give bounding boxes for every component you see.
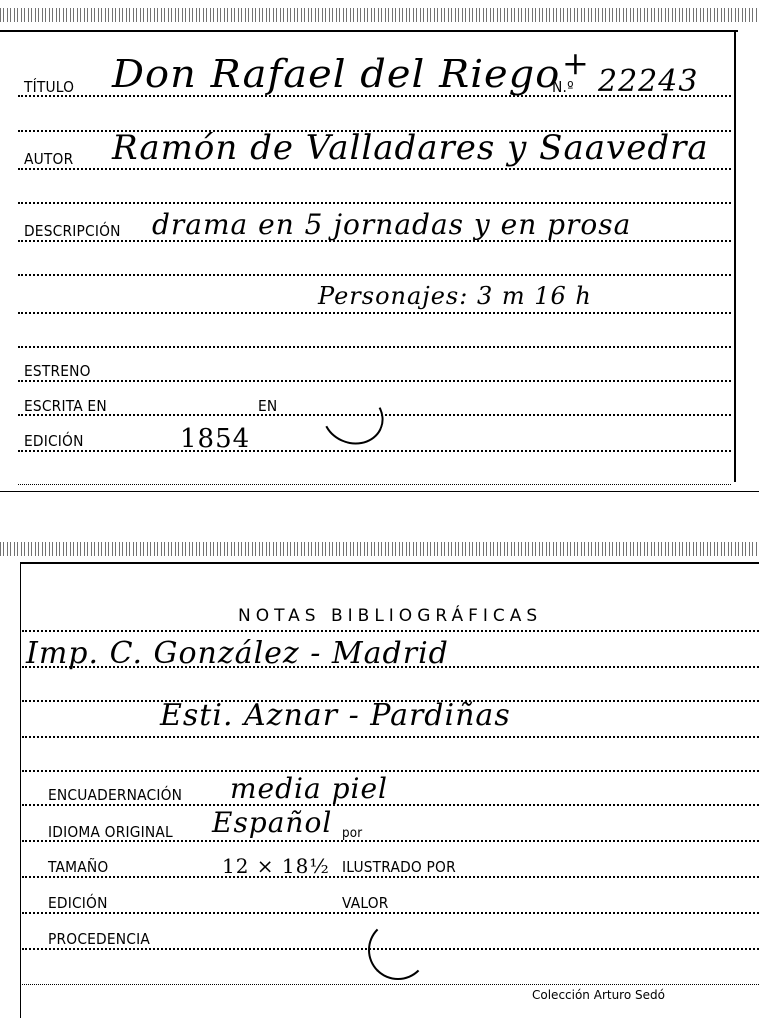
cross-mark: + (562, 44, 590, 82)
notes-line-5 (22, 770, 759, 772)
card-right-edge (734, 30, 736, 482)
ilustrado-por-label: ILUSTRADO POR (342, 858, 456, 876)
scan-noise-top (0, 8, 759, 22)
encuadernacion-label: ENCUADERNACIÓN (48, 786, 182, 804)
descripcion-value: drama en 5 jornadas y en prosa (152, 208, 631, 241)
idioma-original-label: IDIOMA ORIGINAL (48, 823, 173, 841)
edicion-value: 1854 (180, 424, 250, 454)
tamano-value: 12 × 18½ (222, 854, 330, 878)
procedencia-label: PROCEDENCIA (48, 930, 150, 948)
tamano-line (22, 876, 759, 878)
punch-hole-mark (315, 381, 392, 453)
card-top-edge (0, 30, 738, 32)
note-2: Esti. Aznar - Pardiñas (160, 698, 511, 733)
scan-noise-top (0, 542, 759, 556)
edicion-label: EDICIÓN (48, 894, 108, 912)
por-label: por (342, 826, 362, 841)
encuadernacion-line (22, 804, 759, 806)
blank-line-4 (18, 346, 731, 348)
edicion-line (22, 912, 759, 914)
titulo-label: TÍTULO (24, 78, 74, 96)
catalog-card-back: NOTAS BIBLIOGRÁFICAS Imp. C. González - … (0, 540, 759, 1028)
edicion-line (18, 450, 731, 452)
catalog-card-front: TÍTULO Don Rafael del Riego + N.º 22243 … (0, 0, 759, 495)
autor-line (18, 168, 731, 170)
notes-line-4 (22, 736, 759, 738)
descripcion-label: DESCRIPCIÓN (24, 222, 121, 240)
tamano-label: TAMAÑO (48, 858, 108, 876)
autor-value: Ramón de Valladares y Saavedra (112, 128, 709, 168)
blank-line-2 (18, 202, 731, 204)
encuadernacion-value: media piel (230, 772, 388, 805)
edicion-label: EDICIÓN (24, 432, 84, 450)
estreno-line (18, 380, 731, 382)
card-top-edge (20, 562, 759, 564)
card-left-edge (20, 562, 21, 1018)
autor-label: AUTOR (24, 150, 73, 168)
bottom-line (18, 484, 731, 485)
titulo-value: Don Rafael del Riego (112, 52, 560, 96)
collection-credit: Colección Arturo Sedó (532, 988, 665, 1002)
notas-heading: NOTAS BIBLIOGRÁFICAS (238, 606, 542, 626)
numero-value: 22243 (598, 64, 698, 99)
bottom-line (22, 984, 759, 985)
notes-line-2 (22, 666, 759, 668)
notes-line-1 (22, 630, 759, 632)
personajes-value: Personajes: 3 m 16 h (318, 282, 592, 310)
personajes-line (18, 312, 731, 314)
valor-label: VALOR (342, 894, 389, 912)
punch-hole-mark (368, 920, 428, 980)
card-bottom-edge (0, 491, 759, 492)
numero-label: N.º (552, 78, 574, 96)
en-label: EN (258, 397, 277, 415)
estreno-label: ESTRENO (24, 362, 91, 380)
blank-line-3 (18, 274, 731, 276)
escrita-en-label: ESCRITA EN (24, 397, 107, 415)
idioma-original-value: Español (212, 806, 332, 839)
